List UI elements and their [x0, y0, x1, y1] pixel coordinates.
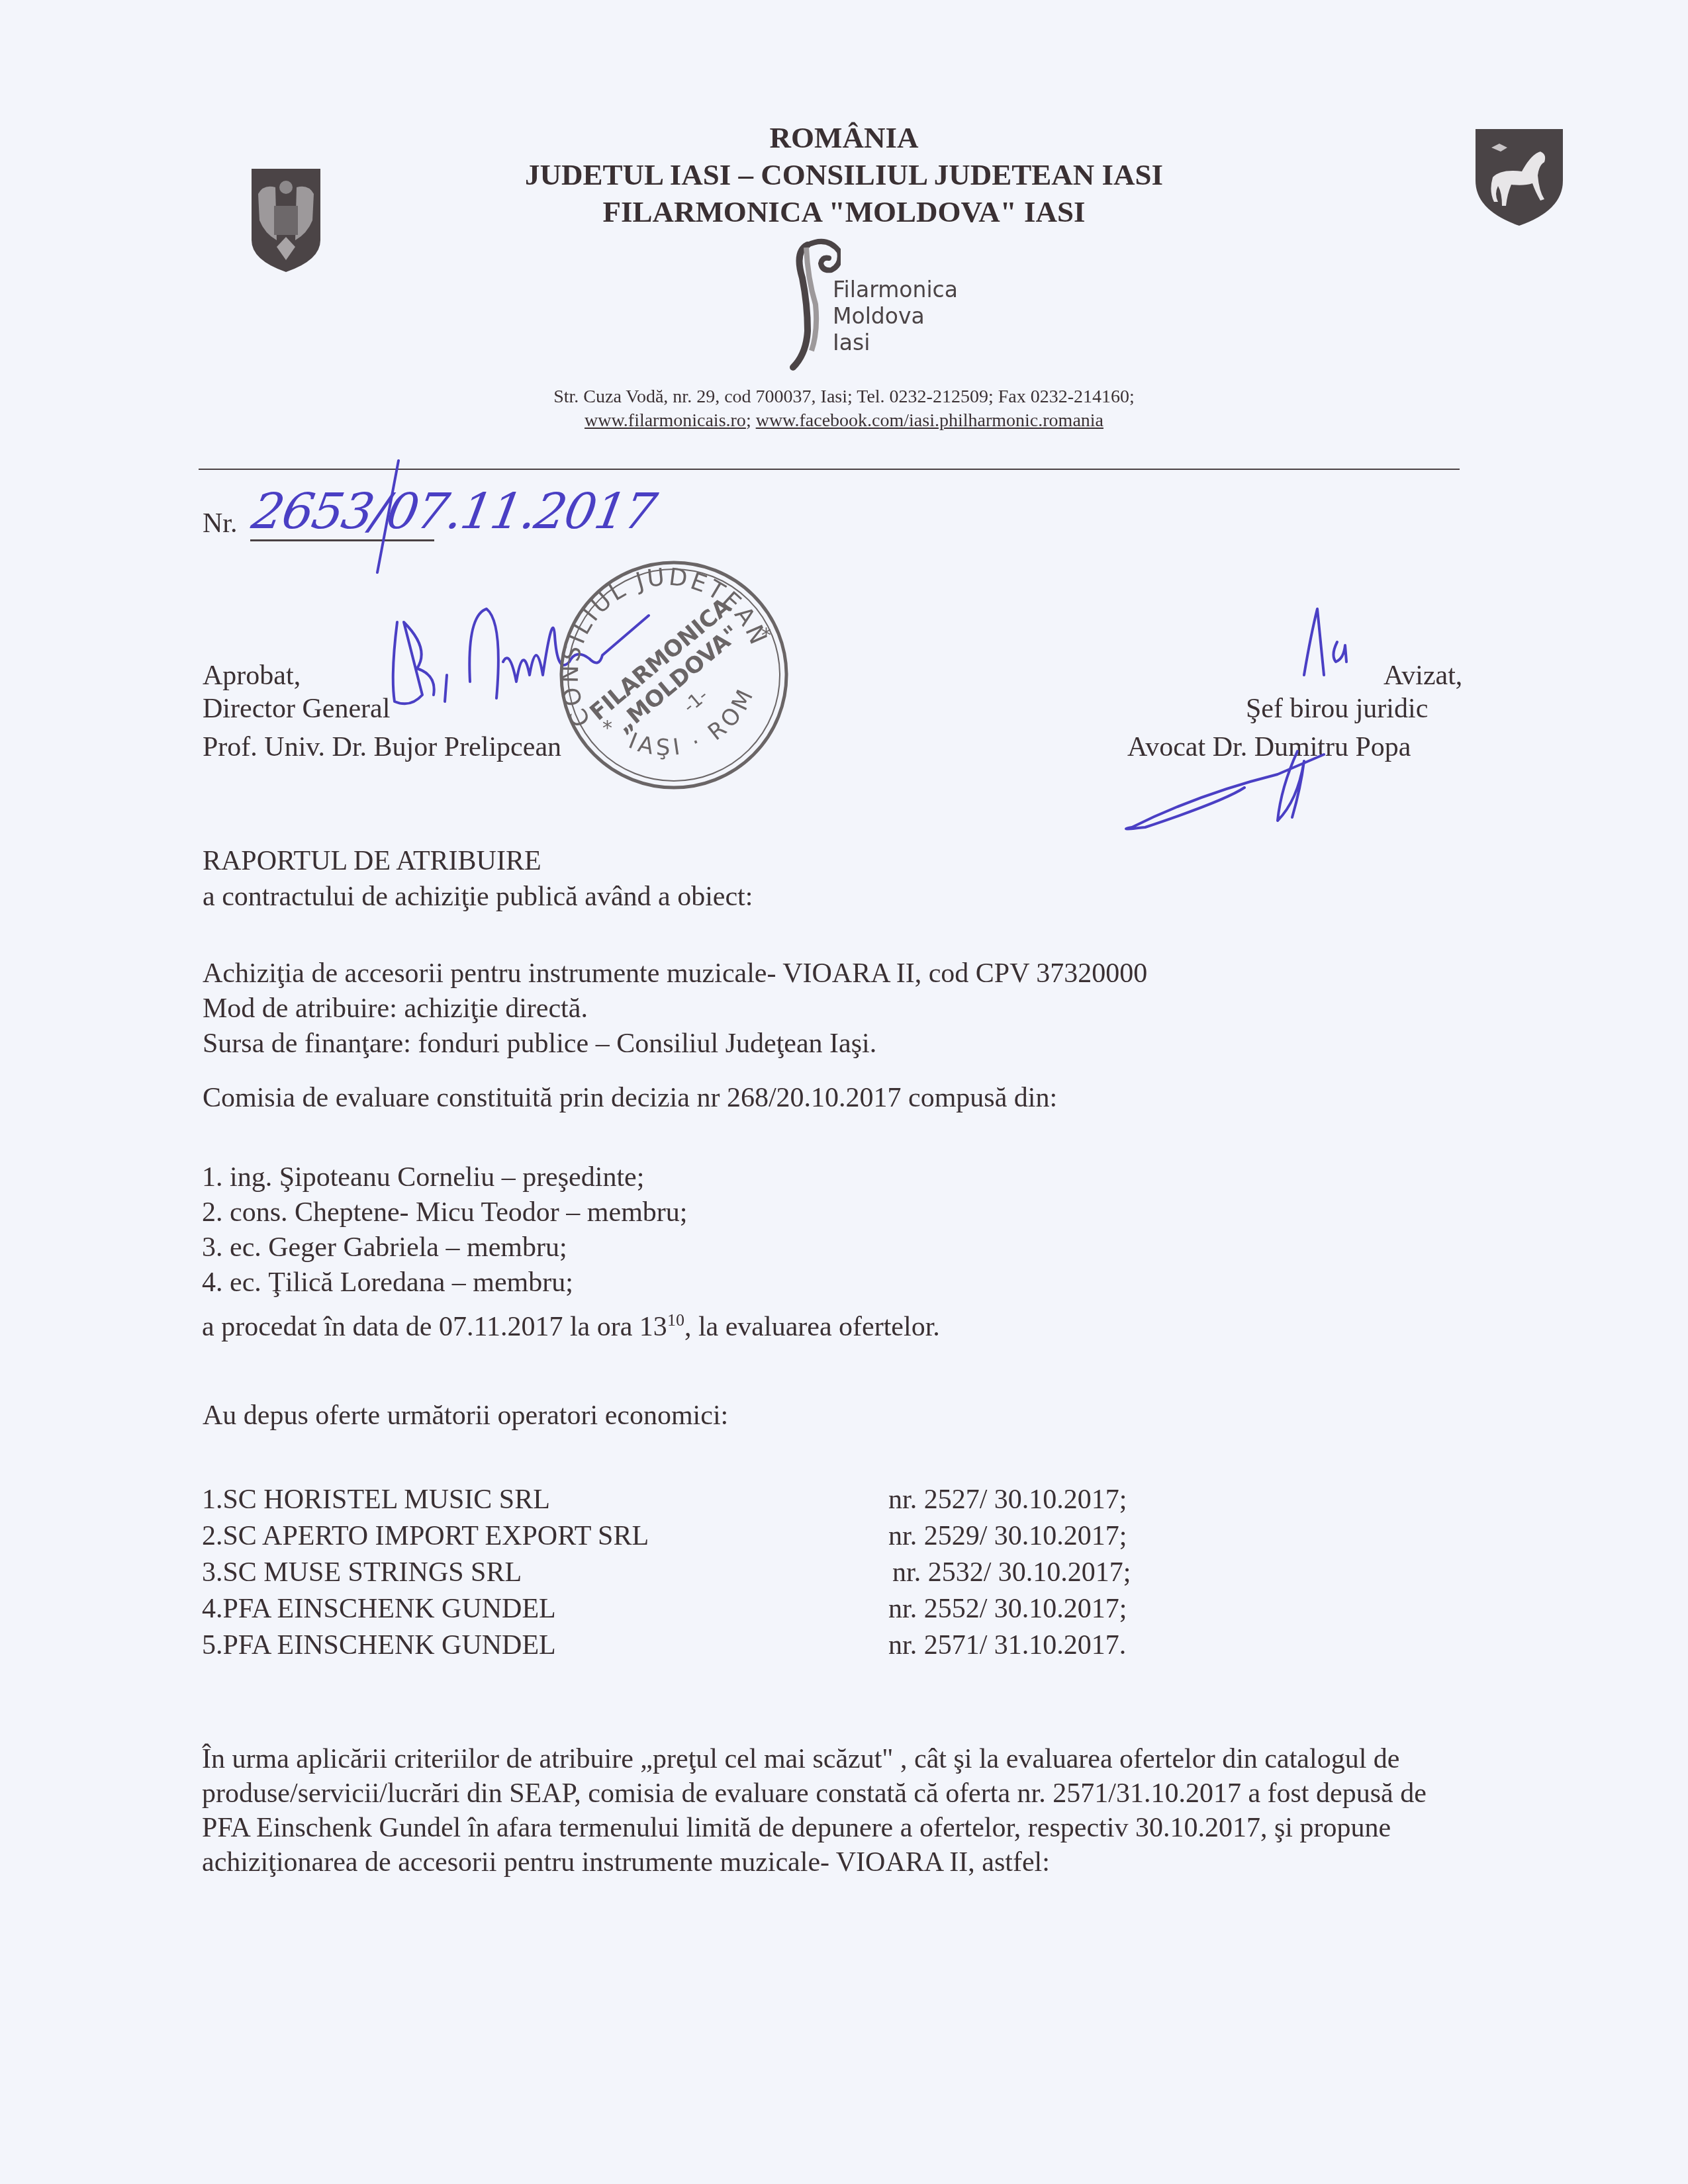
commission-member: 3. ec. Geger Gabriela – membru;	[202, 1232, 567, 1263]
approval-title: Director General	[203, 695, 390, 723]
offer-operator: 4.PFA EINSCHENK GUNDEL	[202, 1593, 556, 1625]
offer-operator: 5.PFA EINSCHENK GUNDEL	[202, 1629, 556, 1661]
links-separator: ;	[746, 410, 756, 431]
legal-advisor-signature	[1119, 748, 1397, 854]
header-county-council: JUDETUL IASI – CONSILIUL JUDETEAN IASI	[0, 158, 1688, 192]
philharmonic-logo: Filarmonica Moldova Iasi	[788, 232, 1000, 377]
evaluation-conclusion: În urma aplicării criteriilor de atribui…	[202, 1742, 1433, 1880]
endorsement-label: Avizat,	[1383, 662, 1462, 690]
commission-member: 1. ing. Şipoteanu Corneliu – preşedinte;	[202, 1161, 644, 1193]
approval-label: Aprobat,	[203, 662, 301, 690]
header-institution: FILARMONICA "MOLDOVA" IASI	[0, 195, 1688, 229]
commission-member: 2. cons. Cheptene- Micu Teodor – membru;	[202, 1197, 687, 1228]
logo-line-iasi: Iasi	[833, 330, 958, 356]
legal-initials	[1284, 596, 1364, 688]
official-stamp: CONSILIUL JUDETEAN IAŞI · ROMÂNIA FILARM…	[555, 556, 793, 794]
offer-operator: 3.SC MUSE STRINGS SRL	[202, 1557, 522, 1588]
website-link[interactable]: www.filarmonicais.ro	[585, 410, 746, 431]
logo-line-filarmonica: Filarmonica	[833, 277, 958, 303]
report-title: RAPORTUL DE ATRIBUIRE	[203, 847, 541, 875]
report-mode: Mod de atribuire: achiziţie directă.	[203, 995, 588, 1023]
offer-reference: nr. 2552/ 30.10.2017;	[888, 1593, 1127, 1625]
offer-reference: nr. 2571/ 31.10.2017.	[888, 1629, 1126, 1661]
procedure-statement: a procedat în data de 07.11.2017 la ora …	[202, 1310, 940, 1343]
commission-intro: Comisia de evaluare constituită prin dec…	[203, 1084, 1057, 1112]
report-funding: Sursa de finanţare: fonduri publice – Co…	[203, 1030, 876, 1058]
procedure-time-minutes: 10	[667, 1310, 684, 1330]
report-subtitle: a contractului de achiziţie publică avân…	[203, 883, 753, 911]
offer-reference: nr. 2529/ 30.10.2017;	[888, 1520, 1127, 1552]
report-object: Achiziţia de accesorii pentru instrument…	[203, 960, 1147, 987]
offer-operator: 1.SC HORISTEL MUSIC SRL	[202, 1484, 550, 1516]
offer-operator: 2.SC APERTO IMPORT EXPORT SRL	[202, 1520, 649, 1552]
header-links: www.filarmonicais.ro; www.facebook.com/i…	[0, 410, 1688, 432]
header-address: Str. Cuza Vodă, nr. 29, cod 700037, Iasi…	[0, 387, 1688, 408]
commission-member: 4. ec. Ţilică Loredana – membru;	[202, 1267, 573, 1298]
offers-intro: Au depus oferte următorii operatori econ…	[203, 1402, 728, 1430]
header-country: ROMÂNIA	[0, 120, 1688, 155]
facebook-link[interactable]: www.facebook.com/iasi.philharmonic.roman…	[756, 410, 1103, 431]
registration-slash-stroke	[357, 457, 410, 576]
procedure-text-end: , la evaluarea ofertelor.	[684, 1312, 940, 1342]
logo-line-moldova: Moldova	[833, 303, 958, 330]
offer-reference: nr. 2527/ 30.10.2017;	[888, 1484, 1127, 1516]
stamp-star-icon: *	[602, 717, 612, 740]
stamp-star-icon: *	[761, 624, 771, 647]
registration-label: Nr.	[203, 510, 238, 537]
registration-handwritten-number: 2653/07.11.2017	[248, 483, 659, 540]
procedure-text: a procedat în data de 07.11.2017 la ora …	[202, 1312, 667, 1342]
endorsement-title: Şef birou juridic	[1246, 695, 1428, 723]
offer-reference: nr. 2532/ 30.10.2017;	[892, 1557, 1131, 1588]
